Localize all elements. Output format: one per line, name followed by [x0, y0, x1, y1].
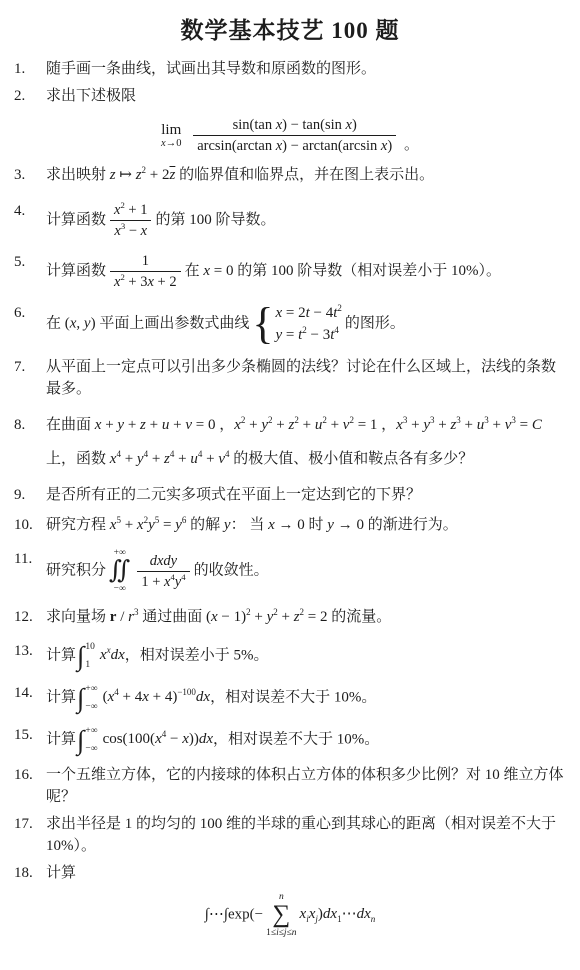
item-content: 计算 [46, 862, 568, 884]
fraction-numerator: dxdy [137, 551, 189, 571]
item-text: 求出下述极限 [46, 88, 136, 104]
item-content: 计算∫+∞−∞cos(100(x4 − x))dx，相对误差不大于 10%。 [46, 724, 568, 756]
page-title: 数学基本技艺 100 题 [12, 16, 568, 46]
item-number: 16. [12, 764, 46, 808]
item-text-pre: 研究积分 [46, 562, 106, 578]
integral-upper-limit: +∞ [85, 684, 97, 694]
item-text-pre: 计算 [46, 647, 76, 663]
item-text-pre: 计算 [46, 731, 76, 747]
item-content: 求向量场 r / r3 通过曲面 (x − 1)2 + y2 + z2 = 2 … [46, 606, 568, 628]
item-text-post: 的第 100 阶导数。 [155, 212, 275, 228]
problem-item-11: 11. 研究积分+∞∬−∞dxdy1 + x4y4的收敛性。 [12, 548, 568, 594]
item-text-pre: 在 (x, y) 平面上画出参数式曲线 [46, 315, 249, 331]
fraction-denominator: x2 + 3x + 2 [110, 271, 181, 292]
problem-item-2: 2. 求出下述极限 [12, 85, 568, 107]
case-lines: x = 2t − 4t2y = t2 − 3t4 [275, 302, 341, 346]
item-content: 研究积分+∞∬−∞dxdy1 + x4y4的收敛性。 [46, 548, 568, 594]
formula-prefix: ∫⋯∫exp(− [205, 906, 263, 922]
item-text-post: 在 x = 0 的第 100 阶导数（相对误差小于 10%）。 [185, 263, 501, 279]
problem-item-16: 16. 一个五维立方体，它的内接球的体积占立方体的体积多少比例？对 10 维立方… [12, 764, 568, 808]
problem-item-8: 8. 在曲面 x + y + z + u + v = 0 ，x2 + y2 + … [12, 408, 568, 476]
limit-operator: lim x→0 [161, 123, 181, 149]
item-text: 从平面上一定点可以引出多少条椭圆的法线？讨论在什么区域上，法线的条数最多。 [46, 359, 556, 397]
item-text-pre: 计算 [46, 689, 76, 705]
item-content: 计算函数1x2 + 3x + 2在 x = 0 的第 100 阶导数（相对误差小… [46, 251, 568, 292]
formula-suffix: xixj)dx1⋯dxn [300, 906, 376, 922]
item-text: 一个五维立方体，它的内接球的体积占立方体的体积多少比例？对 10 维立方体呢？ [46, 767, 564, 805]
fraction-numerator: 1 [110, 251, 181, 271]
problem-item-17: 17. 求出半径是 1 的均匀的 100 维的半球的重心到其球心的距离（相对误差… [12, 813, 568, 857]
integral-limits: +∞−∞ [85, 724, 97, 756]
item-text-post: ，相对误差小于 5%。 [125, 647, 269, 663]
item-content: 求出半径是 1 的均匀的 100 维的半球的重心到其球心的距离（相对误差不大于 … [46, 813, 568, 857]
integral-operator: ∫+∞−∞ [77, 682, 100, 714]
item-text-pre: 求出映射 [46, 167, 110, 183]
formula-period: 。 [404, 137, 419, 153]
double-integral-sign: ∬ [109, 558, 130, 584]
brace-left: { [252, 302, 273, 346]
item-content: 在曲面 x + y + z + u + v = 0 ，x2 + y2 + z2 … [46, 408, 568, 476]
sum-operator: n∑1≤i≤j≤n [266, 892, 296, 938]
case-line-1: x = 2t − 4t2 [275, 302, 341, 324]
item-text: 求向量场 r / r3 通过曲面 (x − 1)2 + y2 + z2 = 2 … [46, 609, 391, 625]
integral-operator: ∫+∞−∞ [77, 724, 100, 756]
item-number: 14. [12, 682, 46, 714]
item-content: 计算∫+∞−∞(x4 + 4x + 4)−100dx，相对误差不大于 10%。 [46, 682, 568, 714]
item-text: 研究方程 x5 + x2y5 = y6 的解 y： 当 x → 0 时 y → … [46, 517, 458, 533]
item-number: 10. [12, 514, 46, 536]
item-text-pre: 计算函数 [46, 263, 106, 279]
fraction: x2 + 1x3 − x [110, 200, 151, 241]
item-number: 13. [12, 640, 46, 672]
integral-lower-limit: −∞ [85, 702, 97, 712]
item-text-post: 的临界值和临界点，并在图上表示出。 [175, 167, 434, 183]
item-text: 是否所有正的二元实多项式在平面上一定达到它的下界？ [46, 487, 421, 503]
fraction: sin(tan x) − tan(sin x) arcsin(arctan x)… [193, 115, 396, 156]
fraction-denominator: x3 − x [110, 220, 151, 241]
cases-group: {x = 2t − 4t2y = t2 − 3t4 [252, 302, 342, 346]
item-number: 4. [12, 200, 46, 241]
problem-item-9: 9. 是否所有正的二元实多项式在平面上一定达到它的下界？ [12, 484, 568, 506]
item-content: 计算函数x2 + 1x3 − x的第 100 阶导数。 [46, 200, 568, 241]
item-text-post: 的收敛性。 [194, 562, 269, 578]
case-line-2: y = t2 − 3t4 [275, 324, 341, 346]
item-number: 7. [12, 356, 46, 400]
item-number: 8. [12, 408, 46, 476]
item-number: 15. [12, 724, 46, 756]
fraction-denominator: arcsin(arctan x) − arctan(arcsin x) [193, 135, 396, 156]
item-text: 求出半径是 1 的均匀的 100 维的半球的重心到其球心的距离（相对误差不大于 … [46, 816, 556, 854]
item-content: 研究方程 x5 + x2y5 = y6 的解 y： 当 x → 0 时 y → … [46, 514, 568, 536]
problem-item-5: 5. 计算函数1x2 + 3x + 2在 x = 0 的第 100 阶导数（相对… [12, 251, 568, 292]
fraction-denominator: 1 + x4y4 [137, 571, 189, 592]
item-content: 求出下述极限 [46, 85, 568, 107]
integral-lower-limit: −∞ [85, 744, 97, 754]
document-page: 数学基本技艺 100 题 1. 随手画一条曲线，试画出其导数和原函数的图形。 2… [0, 0, 580, 970]
item-content: 一个五维立方体，它的内接球的体积占立方体的体积多少比例？对 10 维立方体呢？ [46, 764, 568, 808]
integral-lower-limit: 1 [85, 660, 95, 670]
item-content: 求出映射 z ↦ z2 + 2z 的临界值和临界点，并在图上表示出。 [46, 164, 568, 186]
limit-subscript: x→0 [161, 138, 181, 149]
item-number: 9. [12, 484, 46, 506]
integral-sign: ∫ [77, 724, 84, 756]
item-number: 17. [12, 813, 46, 857]
item-text-pre: 计算函数 [46, 212, 106, 228]
integrand: (x4 + 4x + 4)−100dx [103, 689, 211, 705]
problem-2-formula: lim x→0 sin(tan x) − tan(sin x) arcsin(a… [12, 115, 568, 156]
integral-limits: 101 [85, 640, 95, 672]
problem-item-13: 13. 计算∫101xxdx，相对误差小于 5%。 [12, 640, 568, 672]
item-content: 在 (x, y) 平面上画出参数式曲线{x = 2t − 4t2y = t2 −… [46, 302, 568, 346]
problem-item-6: 6. 在 (x, y) 平面上画出参数式曲线{x = 2t − 4t2y = t… [12, 302, 568, 346]
fraction: 1x2 + 3x + 2 [110, 251, 181, 292]
integral-upper-limit: 10 [85, 642, 95, 652]
item-content: 是否所有正的二元实多项式在平面上一定达到它的下界？ [46, 484, 568, 506]
fraction-numerator: sin(tan x) − tan(sin x) [193, 115, 396, 135]
item-number: 11. [12, 548, 46, 594]
item-number: 1. [12, 58, 46, 80]
item-text: 计算 [46, 865, 76, 881]
item-text-post: ，相对误差不大于 10%。 [210, 689, 376, 705]
problem-item-4: 4. 计算函数x2 + 1x3 − x的第 100 阶导数。 [12, 200, 568, 241]
integral-sign: ∫ [77, 682, 84, 714]
double-integral-operator: +∞∬−∞ [109, 548, 130, 594]
problem-item-7: 7. 从平面上一定点可以引出多少条椭圆的法线？讨论在什么区域上，法线的条数最多。 [12, 356, 568, 400]
integrand: xxdx [100, 647, 125, 663]
integrand: cos(100(x4 − x))dx [103, 731, 213, 747]
item-text: 在曲面 x + y + z + u + v = 0 ，x2 + y2 + z2 … [46, 417, 542, 467]
item-text-post: 的图形。 [345, 315, 405, 331]
limit-label: lim [161, 123, 181, 138]
sum-sign: ∑ [272, 902, 290, 928]
item-text-post: ，相对误差不大于 10%。 [213, 731, 379, 747]
problem-18-formula: ∫⋯∫exp(−n∑1≤i≤j≤nxixj)dx1⋯dxn [12, 892, 568, 938]
problem-item-15: 15. 计算∫+∞−∞cos(100(x4 − x))dx，相对误差不大于 10… [12, 724, 568, 756]
item-number: 5. [12, 251, 46, 292]
integral-operator: ∫101 [77, 640, 97, 672]
problem-item-18: 18. 计算 [12, 862, 568, 884]
integral-limits: +∞−∞ [85, 682, 97, 714]
item-text: 随手画一条曲线，试画出其导数和原函数的图形。 [46, 61, 376, 77]
fraction-numerator: x2 + 1 [110, 200, 151, 220]
item-number: 6. [12, 302, 46, 346]
math-expression: z ↦ z2 + 2z [110, 167, 176, 183]
fraction: dxdy1 + x4y4 [137, 551, 189, 592]
item-number: 2. [12, 85, 46, 107]
problem-item-1: 1. 随手画一条曲线，试画出其导数和原函数的图形。 [12, 58, 568, 80]
sum-lower-limit: 1≤i≤j≤n [266, 928, 296, 938]
item-number: 12. [12, 606, 46, 628]
item-content: 从平面上一定点可以引出多少条椭圆的法线？讨论在什么区域上，法线的条数最多。 [46, 356, 568, 400]
problem-item-3: 3. 求出映射 z ↦ z2 + 2z 的临界值和临界点，并在图上表示出。 [12, 164, 568, 186]
item-content: 随手画一条曲线，试画出其导数和原函数的图形。 [46, 58, 568, 80]
integral-lower-limit: −∞ [114, 584, 126, 594]
problem-item-14: 14. 计算∫+∞−∞(x4 + 4x + 4)−100dx，相对误差不大于 1… [12, 682, 568, 714]
item-number: 18. [12, 862, 46, 884]
item-number: 3. [12, 164, 46, 186]
problem-item-12: 12. 求向量场 r / r3 通过曲面 (x − 1)2 + y2 + z2 … [12, 606, 568, 628]
integral-upper-limit: +∞ [85, 726, 97, 736]
item-content: 计算∫101xxdx，相对误差小于 5%。 [46, 640, 568, 672]
problem-item-10: 10. 研究方程 x5 + x2y5 = y6 的解 y： 当 x → 0 时 … [12, 514, 568, 536]
integral-sign: ∫ [77, 640, 84, 672]
